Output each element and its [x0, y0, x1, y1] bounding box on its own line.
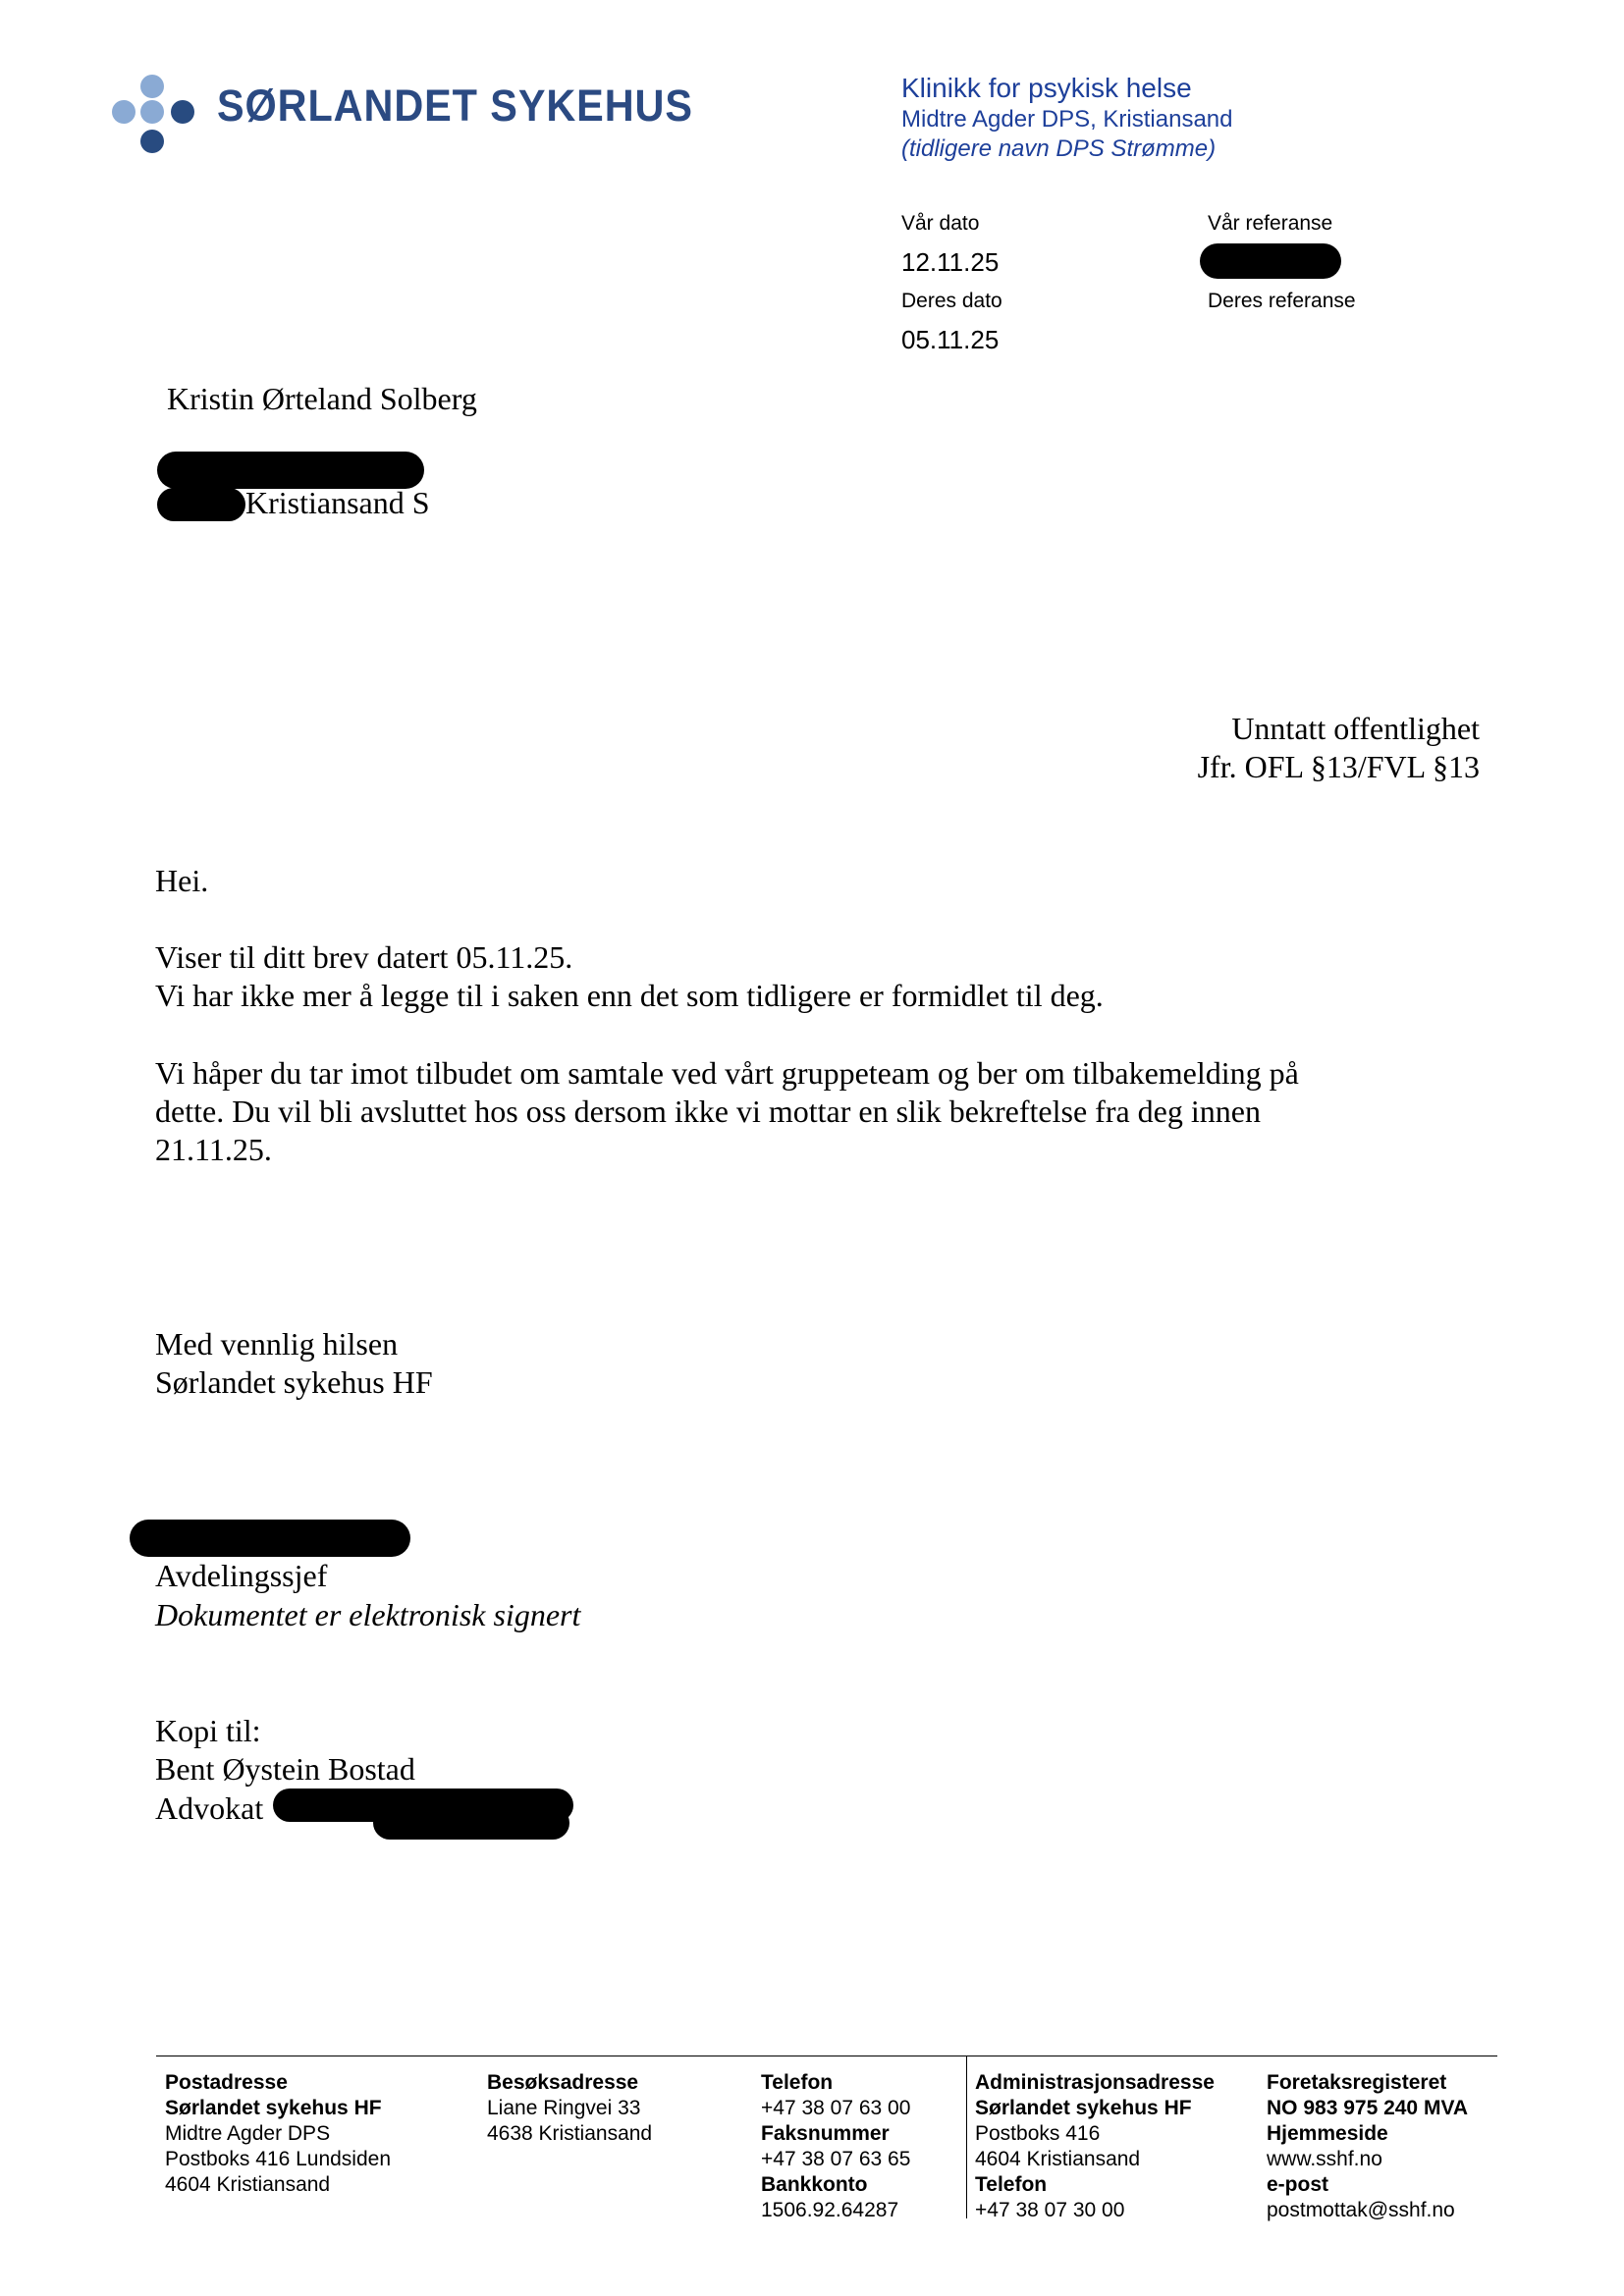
your-date-label: Deres dato [901, 290, 1002, 313]
logo-dot-left [112, 100, 135, 124]
footer-phone-label: Telefon [761, 2070, 910, 2096]
footer-postal-address: Postadresse Sørlandet sykehus HF Midtre … [165, 2070, 391, 2198]
footer-visit-heading: Besøksadresse [487, 2070, 652, 2096]
copy-recipient-2-redaction-b [373, 1806, 569, 1840]
footer-visit-line: 4638 Kristiansand [487, 2121, 652, 2147]
footer-postal-heading: Postadresse [165, 2070, 391, 2096]
body-paragraph-2-line-2: dette. Du vil bli avsluttet hos oss ders… [155, 1093, 1261, 1131]
footer-postal-org: Sørlandet sykehus HF [165, 2096, 391, 2121]
footer-admin-phone-label: Telefon [975, 2172, 1215, 2198]
footer-phone: +47 38 07 63 00 [761, 2096, 910, 2121]
body-paragraph-2-line-3: 21.11.25. [155, 1131, 272, 1169]
body-paragraph-1-line-2: Vi har ikke mer å legge til i saken enn … [155, 977, 1104, 1015]
department-line-3: (tidligere navn DPS Strømme) [901, 135, 1216, 163]
footer-fax-label: Faksnummer [761, 2121, 910, 2147]
footer-postal-line: Midtre Agder DPS [165, 2121, 391, 2147]
signer-name-redaction [130, 1520, 410, 1557]
footer-visit-address: Besøksadresse Liane Ringvei 33 4638 Kris… [487, 2070, 652, 2147]
footer-postal-line: 4604 Kristiansand [165, 2172, 391, 2198]
footer-admin-line: 4604 Kristiansand [975, 2147, 1215, 2172]
recipient-name: Kristin Ørteland Solberg [167, 381, 477, 417]
recipient-postal-code-redaction [157, 488, 245, 521]
copy-recipient-1: Bent Øystein Bostad [155, 1750, 415, 1789]
footer-bank: 1506.92.64287 [761, 2198, 910, 2223]
footer-admin-address: Administrasjonsadresse Sørlandet sykehus… [975, 2070, 1215, 2223]
footer-org-number: NO 983 975 240 MVA [1267, 2096, 1468, 2121]
footer-postal-line: Postboks 416 Lundsiden [165, 2147, 391, 2172]
our-ref-label: Vår referanse [1208, 212, 1332, 236]
signer-title: Avdelingssjef [155, 1557, 327, 1595]
copy-label: Kopi til: [155, 1712, 261, 1750]
footer-fax: +47 38 07 63 65 [761, 2147, 910, 2172]
body-paragraph-1-line-1: Viser til ditt brev datert 05.11.25. [155, 938, 572, 977]
footer-admin-line: Postboks 416 [975, 2121, 1215, 2147]
your-ref-label: Deres referanse [1208, 290, 1356, 313]
our-date-label: Vår dato [901, 212, 979, 236]
footer-admin-org: Sørlandet sykehus HF [975, 2096, 1215, 2121]
footer-column-divider [966, 2056, 967, 2218]
footer-email-label: e-post [1267, 2172, 1468, 2198]
signature-note: Dokumentet er elektronisk signert [155, 1596, 580, 1634]
footer-contact: Telefon +47 38 07 63 00 Faksnummer +47 3… [761, 2070, 910, 2223]
footer-bank-label: Bankkonto [761, 2172, 910, 2198]
footer-registry-heading: Foretaksregisteret [1267, 2070, 1468, 2096]
closing-salutation: Med vennlig hilsen [155, 1325, 398, 1363]
footer-web-link[interactable]: www.sshf.no [1267, 2147, 1468, 2172]
your-date: 05.11.25 [901, 325, 999, 355]
our-ref-redaction [1200, 243, 1341, 279]
classification-line-1: Unntatt offentlighet [1231, 711, 1480, 747]
logo-dot-top [140, 75, 164, 98]
recipient-city: Kristiansand S [245, 485, 430, 521]
footer-email-link[interactable]: postmottak@sshf.no [1267, 2198, 1468, 2223]
greeting: Hei. [155, 862, 208, 900]
footer-registry: Foretaksregisteret NO 983 975 240 MVA Hj… [1267, 2070, 1468, 2223]
copy-recipient-2: Advokat [155, 1789, 263, 1828]
logo-dot-center [140, 100, 164, 124]
logo-dot-bottom [140, 130, 164, 153]
footer-admin-heading: Administrasjonsadresse [975, 2070, 1215, 2096]
department-line-2: Midtre Agder DPS, Kristiansand [901, 106, 1233, 133]
footer-visit-line: Liane Ringvei 33 [487, 2096, 652, 2121]
recipient-street-redaction [157, 452, 424, 489]
body-paragraph-2-line-1: Vi håper du tar imot tilbudet om samtale… [155, 1054, 1299, 1093]
classification-line-2: Jfr. OFL §13/FVL §13 [1198, 749, 1480, 785]
logo-dot-right [171, 100, 194, 124]
department-line-1: Klinikk for psykisk helse [901, 73, 1192, 104]
closing-organization: Sørlandet sykehus HF [155, 1363, 433, 1402]
footer-admin-phone: +47 38 07 30 00 [975, 2198, 1215, 2223]
footer-web-label: Hjemmeside [1267, 2121, 1468, 2147]
our-date: 12.11.25 [901, 247, 999, 278]
footer-divider [156, 2056, 1497, 2056]
logo-text: SØRLANDET SYKEHUS [217, 80, 693, 132]
